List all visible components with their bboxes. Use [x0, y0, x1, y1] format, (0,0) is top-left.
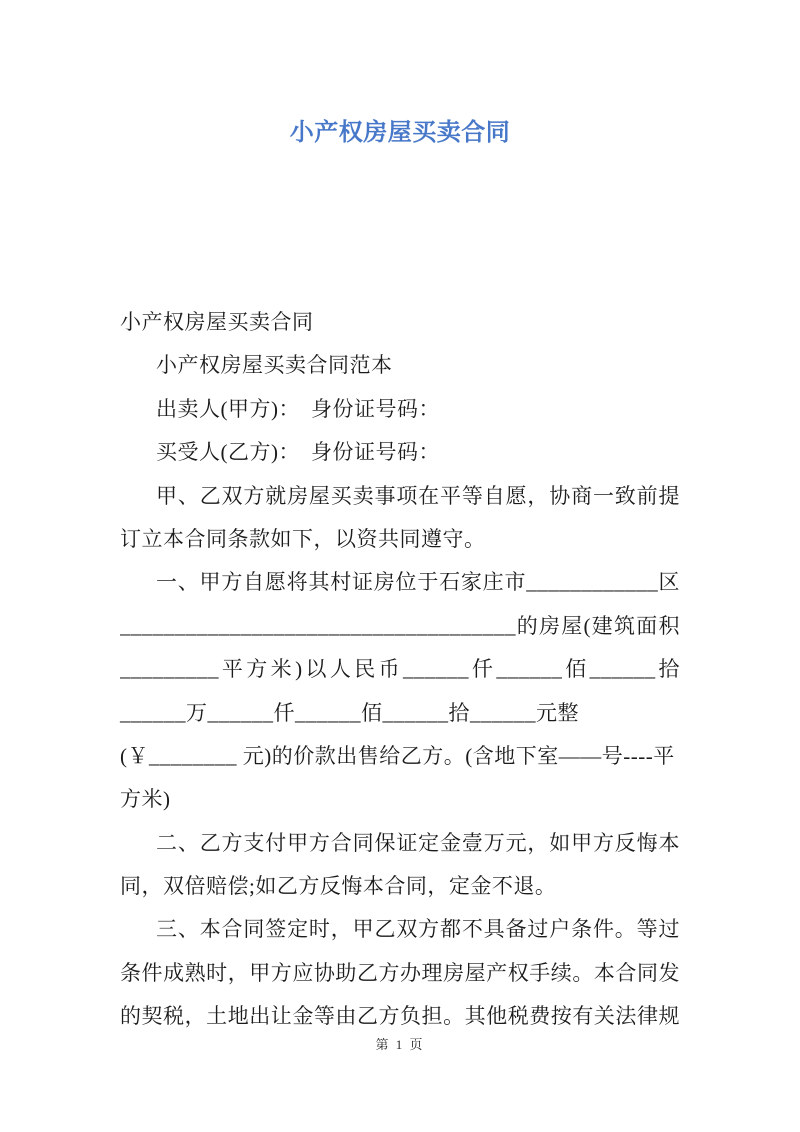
document-line: 方米)	[120, 778, 680, 821]
document-line: ______万______仟______佰______拾______元整	[120, 692, 680, 735]
document-line: 二、乙方支付甲方合同保证定金壹万元，如甲方反悔本合	[120, 822, 680, 865]
document-line: 小产权房屋买卖合同	[120, 301, 680, 344]
document-line: 订立本合同条款如下，以资共同遵守。	[120, 518, 680, 561]
page-footer: 第 1 页	[0, 1034, 800, 1053]
document-page: 小产权房屋买卖合同 小产权房屋买卖合同 小产权房屋买卖合同范本 出卖人(甲方)：…	[0, 0, 800, 1132]
document-line: 条件成熟时，甲方应协助乙方办理房屋产权手续。本合同发生	[120, 952, 680, 995]
document-line: ____________________________________的房屋(…	[120, 605, 680, 648]
document-line: 三、本合同签定时，甲乙双方都不具备过户条件。等过户	[120, 908, 680, 951]
document-line: 买受人(乙方)： 身份证号码：	[120, 431, 680, 474]
document-line: _________平方米)以人民币______仟______佰______拾	[120, 648, 680, 691]
document-line: 出卖人(甲方)： 身份证号码：	[120, 388, 680, 431]
document-line: 甲、乙双方就房屋买卖事项在平等自愿，协商一致前提下	[120, 475, 680, 518]
document-line: (￥________ 元)的价款出售给乙方。(含地下室——号----平	[120, 735, 680, 778]
document-line: 同，双倍赔偿;如乙方反悔本合同，定金不退。	[120, 865, 680, 908]
document-line: 的契税，土地出让金等由乙方负担。其他税费按有关法律规定	[120, 995, 680, 1038]
page-title: 小产权房屋买卖合同	[0, 112, 800, 147]
document-line: 一、甲方自愿将其村证房位于石家庄市____________区	[120, 561, 680, 604]
document-line: 小产权房屋买卖合同范本	[120, 344, 680, 387]
document-body: 小产权房屋买卖合同 小产权房屋买卖合同范本 出卖人(甲方)： 身份证号码： 买受…	[120, 301, 680, 1039]
page-number: 第 1 页	[375, 1037, 424, 1052]
